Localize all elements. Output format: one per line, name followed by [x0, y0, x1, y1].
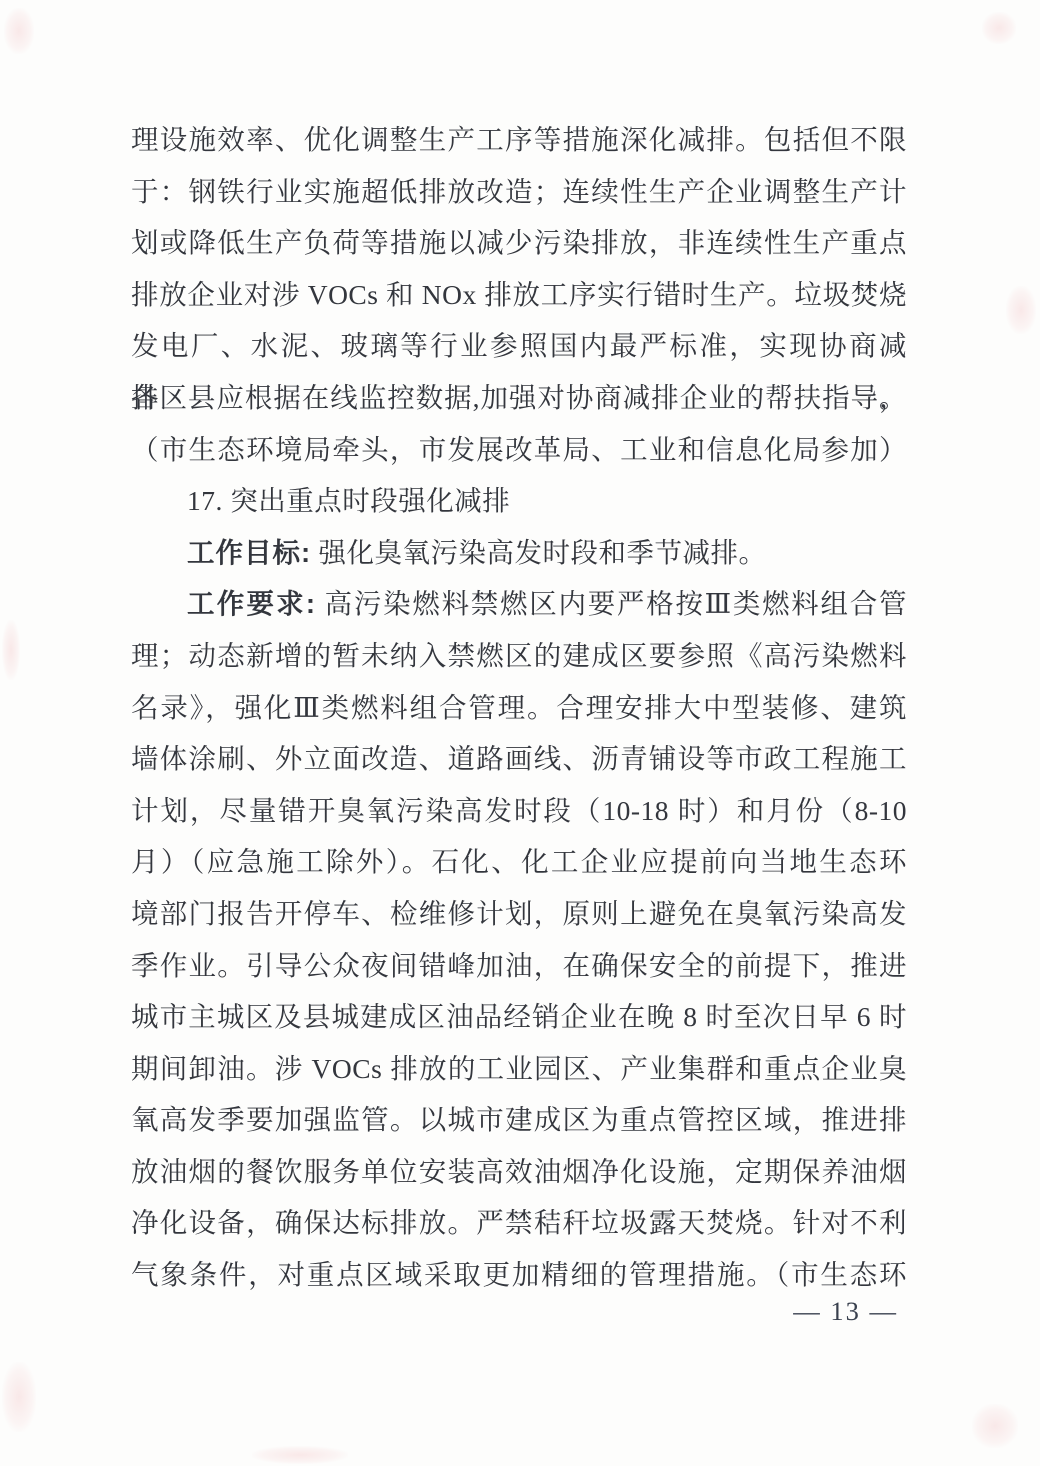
text-line: 期间卸油。涉 VOCs 排放的工业园区、产业集群和重点企业臭 — [131, 1043, 907, 1095]
text-segment: 各区县应根据在线监控数据,加强对协商减排企业的帮扶指导。 — [131, 382, 907, 413]
bold-label: 工作要求: — [187, 588, 316, 619]
text-line: 各区县应根据在线监控数据,加强对协商减排企业的帮扶指导。 — [131, 372, 907, 424]
scan-smudge-artifact — [982, 12, 1016, 44]
text-segment: 境部门报告开停车、检维修计划，原则上避免在臭氧污染高发 — [131, 898, 907, 929]
bold-label: 工作目标: — [187, 537, 311, 568]
page-number: — 13 — — [793, 1296, 898, 1327]
text-line: 氧高发季要加强监管。以城市建成区为重点管控区域，推进排 — [131, 1094, 907, 1146]
text-segment: （市生态环境局牵头，市发展改革局、工业和信息化局参加） — [131, 434, 907, 465]
text-line: 墙体涂刷、外立面改造、道路画线、沥青铺设等市政工程施工 — [131, 733, 907, 785]
text-segment: 氧高发季要加强监管。以城市建成区为重点管控区域，推进排 — [131, 1104, 907, 1135]
scan-smudge-artifact — [972, 1404, 1018, 1448]
text-segment: 17. 突出重点时段强化减排 — [187, 485, 510, 516]
text-segment: 净化设备，确保达标排放。严禁秸秆垃圾露天焚烧。针对不利 — [131, 1207, 907, 1238]
text-line: 计划，尽量错开臭氧污染高发时段（10-18 时）和月份（8-10 — [131, 785, 907, 837]
text-line: 净化设备，确保达标排放。严禁秸秆垃圾露天焚烧。针对不利 — [131, 1197, 907, 1249]
text-line: 划或降低生产负荷等措施以减少污染排放，非连续性生产重点 — [131, 217, 907, 269]
document-page: 理设施效率、优化调整生产工序等措施深化减排。包括但不限于：钢铁行业实施超低排放改… — [0, 0, 1040, 1466]
text-segment: 划或降低生产负荷等措施以减少污染排放，非连续性生产重点 — [131, 227, 907, 258]
text-segment: 强化臭氧污染高发时段和季节减排。 — [311, 537, 766, 568]
text-segment: 气象条件，对重点区域采取更加精细的管理措施。（市生态环 — [131, 1259, 907, 1290]
text-segment: 放油烟的餐饮服务单位安装高效油烟净化设施，定期保养油烟 — [131, 1156, 907, 1187]
text-line: 工作要求: 高污染燃料禁燃区内要严格按Ⅲ类燃料组合管 — [131, 578, 907, 630]
text-line: （市生态环境局牵头，市发展改革局、工业和信息化局参加） — [131, 424, 907, 476]
text-line: 名录》，强化Ⅲ类燃料组合管理。合理安排大中型装修、建筑 — [131, 682, 907, 734]
text-segment: 排放企业对涉 VOCs 和 NOx 排放工序实行错时生产。垃圾焚烧 — [131, 279, 907, 310]
document-body: 理设施效率、优化调整生产工序等措施深化减排。包括但不限于：钢铁行业实施超低排放改… — [131, 114, 907, 1301]
text-segment: 理；动态新增的暂未纳入禁燃区的建成区要参照《高污染燃料 — [131, 640, 907, 671]
text-line: 理；动态新增的暂未纳入禁燃区的建成区要参照《高污染燃料 — [131, 630, 907, 682]
text-segment: 期间卸油。涉 VOCs 排放的工业园区、产业集群和重点企业臭 — [131, 1053, 907, 1084]
text-line: 境部门报告开停车、检维修计划，原则上避免在臭氧污染高发 — [131, 888, 907, 940]
text-segment: 城市主城区及县城建成区油品经销企业在晚 8 时至次日早 6 时 — [131, 1001, 907, 1032]
text-segment: 计划，尽量错开臭氧污染高发时段（10-18 时）和月份（8-10 — [131, 795, 907, 826]
scan-smudge-artifact — [252, 1446, 348, 1464]
text-line: 放油烟的餐饮服务单位安装高效油烟净化设施，定期保养油烟 — [131, 1146, 907, 1198]
text-line: 月）（应急施工除外）。石化、化工企业应提前向当地生态环 — [131, 836, 907, 888]
text-segment: 月）（应急施工除外）。石化、化工企业应提前向当地生态环 — [131, 846, 907, 877]
text-line: 季作业。引导公众夜间错峰加油，在确保安全的前提下，推进 — [131, 940, 907, 992]
text-segment: 理设施效率、优化调整生产工序等措施深化减排。包括但不限 — [131, 124, 907, 155]
text-line: 理设施效率、优化调整生产工序等措施深化减排。包括但不限 — [131, 114, 907, 166]
scan-smudge-artifact — [4, 8, 34, 54]
text-line: 排放企业对涉 VOCs 和 NOx 排放工序实行错时生产。垃圾焚烧 — [131, 269, 907, 321]
text-segment: 季作业。引导公众夜间错峰加油，在确保安全的前提下，推进 — [131, 950, 907, 981]
text-segment: 高污染燃料禁燃区内要严格按Ⅲ类燃料组合管 — [316, 588, 907, 619]
text-line: 于：钢铁行业实施超低排放改造；连续性生产企业调整生产计 — [131, 166, 907, 218]
text-line: 气象条件，对重点区域采取更加精细的管理措施。（市生态环 — [131, 1249, 907, 1301]
scan-smudge-artifact — [2, 620, 20, 680]
text-segment: 于：钢铁行业实施超低排放改造；连续性生产企业调整生产计 — [131, 176, 907, 207]
text-line: 17. 突出重点时段强化减排 — [131, 475, 907, 527]
text-line: 城市主城区及县城建成区油品经销企业在晚 8 时至次日早 6 时 — [131, 991, 907, 1043]
text-line: 发电厂、水泥、玻璃等行业参照国内最严标准，实现协商减排， — [131, 320, 907, 372]
text-line: 工作目标: 强化臭氧污染高发时段和季节减排。 — [131, 527, 907, 579]
text-segment: 墙体涂刷、外立面改造、道路画线、沥青铺设等市政工程施工 — [131, 743, 907, 774]
text-segment: 名录》，强化Ⅲ类燃料组合管理。合理安排大中型装修、建筑 — [131, 692, 907, 723]
scan-smudge-artifact — [1006, 286, 1036, 334]
scan-smudge-artifact — [2, 1362, 36, 1432]
